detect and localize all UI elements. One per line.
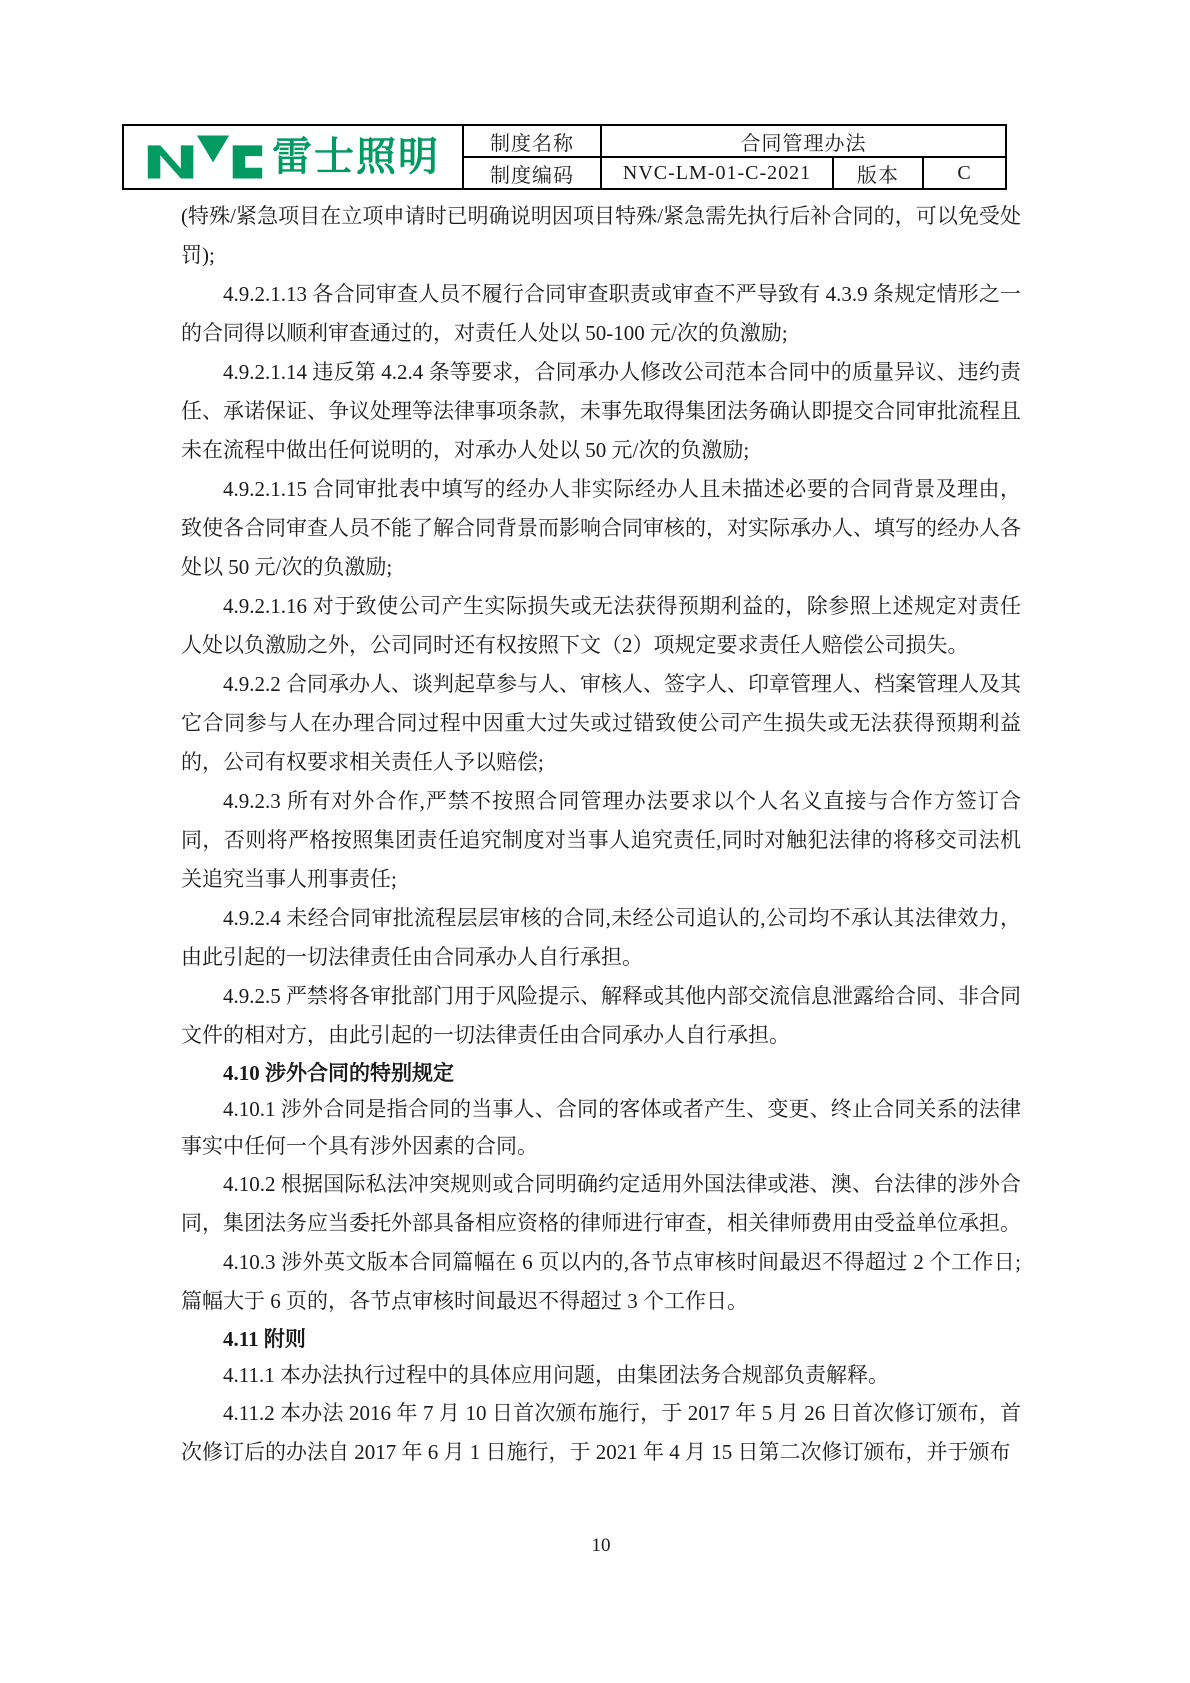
nvc-logo-icon bbox=[146, 134, 264, 180]
document-body: (特殊/紧急项目在立项申请时已明确说明因项目特殊/紧急需先执行后补合同的，可以免… bbox=[181, 197, 1021, 1472]
paragraph: 4.11 附则 bbox=[181, 1321, 1021, 1357]
paragraph: 4.11.1 本办法执行过程中的具体应用问题，由集团法务合规部负责解释。 bbox=[181, 1357, 1021, 1394]
policy-code-value: NVC-LM-01-C-2021 bbox=[601, 157, 833, 189]
paragraph: 4.9.2.2 合同承办人、谈判起草参与人、审核人、签字人、印章管理人、档案管理… bbox=[181, 665, 1021, 782]
nvc-logo: 雷士照明 bbox=[124, 134, 462, 180]
document-page: 雷士照明 制度名称 合同管理办法 制度编码 NVC-LM-01-C-2021 版… bbox=[0, 0, 1190, 1683]
policy-code-label: 制度编码 bbox=[463, 157, 601, 189]
paragraph: 4.9.2.1.16 对于致使公司产生实际损失或无法获得预期利益的，除参照上述规… bbox=[181, 587, 1021, 665]
paragraph: 4.9.2.1.15 合同审批表中填写的经办人非实际经办人且未描述必要的合同背景… bbox=[181, 470, 1021, 587]
header-table: 雷士照明 制度名称 合同管理办法 制度编码 NVC-LM-01-C-2021 版… bbox=[122, 124, 1007, 190]
paragraph: 4.10.3 涉外英文版本合同篇幅在 6 页以内的,各节点审核时间最迟不得超过 … bbox=[181, 1243, 1021, 1321]
version-label: 版本 bbox=[833, 157, 923, 189]
logo-cell: 雷士照明 bbox=[123, 125, 463, 189]
paragraph: 4.9.2.5 严禁将各审批部门用于风险提示、解释或其他内部交流信息泄露给合同、… bbox=[181, 977, 1021, 1055]
paragraph: 4.9.2.1.13 各合同审查人员不履行合同审查职责或审查不严导致有 4.3.… bbox=[181, 275, 1021, 353]
paragraph: 4.9.2.3 所有对外合作,严禁不按照合同管理办法要求以个人名义直接与合作方签… bbox=[181, 782, 1021, 899]
paragraph: 4.11.2 本办法 2016 年 7 月 10 日首次颁布施行，于 2017 … bbox=[181, 1394, 1021, 1472]
brand-text: 雷士照明 bbox=[272, 137, 440, 177]
paragraph: 4.10.2 根据国际私法冲突规则或合同明确约定适用外国法律或港、澳、台法律的涉… bbox=[181, 1165, 1021, 1243]
paragraph: 4.9.2.4 未经合同审批流程层层审核的合同,未经公司追认的,公司均不承认其法… bbox=[181, 899, 1021, 977]
policy-name-label: 制度名称 bbox=[463, 125, 601, 157]
paragraph: (特殊/紧急项目在立项申请时已明确说明因项目特殊/紧急需先执行后补合同的，可以免… bbox=[181, 197, 1021, 275]
page-number: 10 bbox=[181, 1535, 1021, 1557]
paragraph: 4.9.2.1.14 违反第 4.2.4 条等要求，合同承办人修改公司范本合同中… bbox=[181, 353, 1021, 470]
paragraph: 4.10 涉外合同的特别规定 bbox=[181, 1055, 1021, 1091]
paragraph: 4.10.1 涉外合同是指合同的当事人、合同的客体或者产生、变更、终止合同关系的… bbox=[181, 1091, 1021, 1165]
version-value: C bbox=[923, 157, 1006, 189]
policy-name-value: 合同管理办法 bbox=[601, 125, 1006, 157]
